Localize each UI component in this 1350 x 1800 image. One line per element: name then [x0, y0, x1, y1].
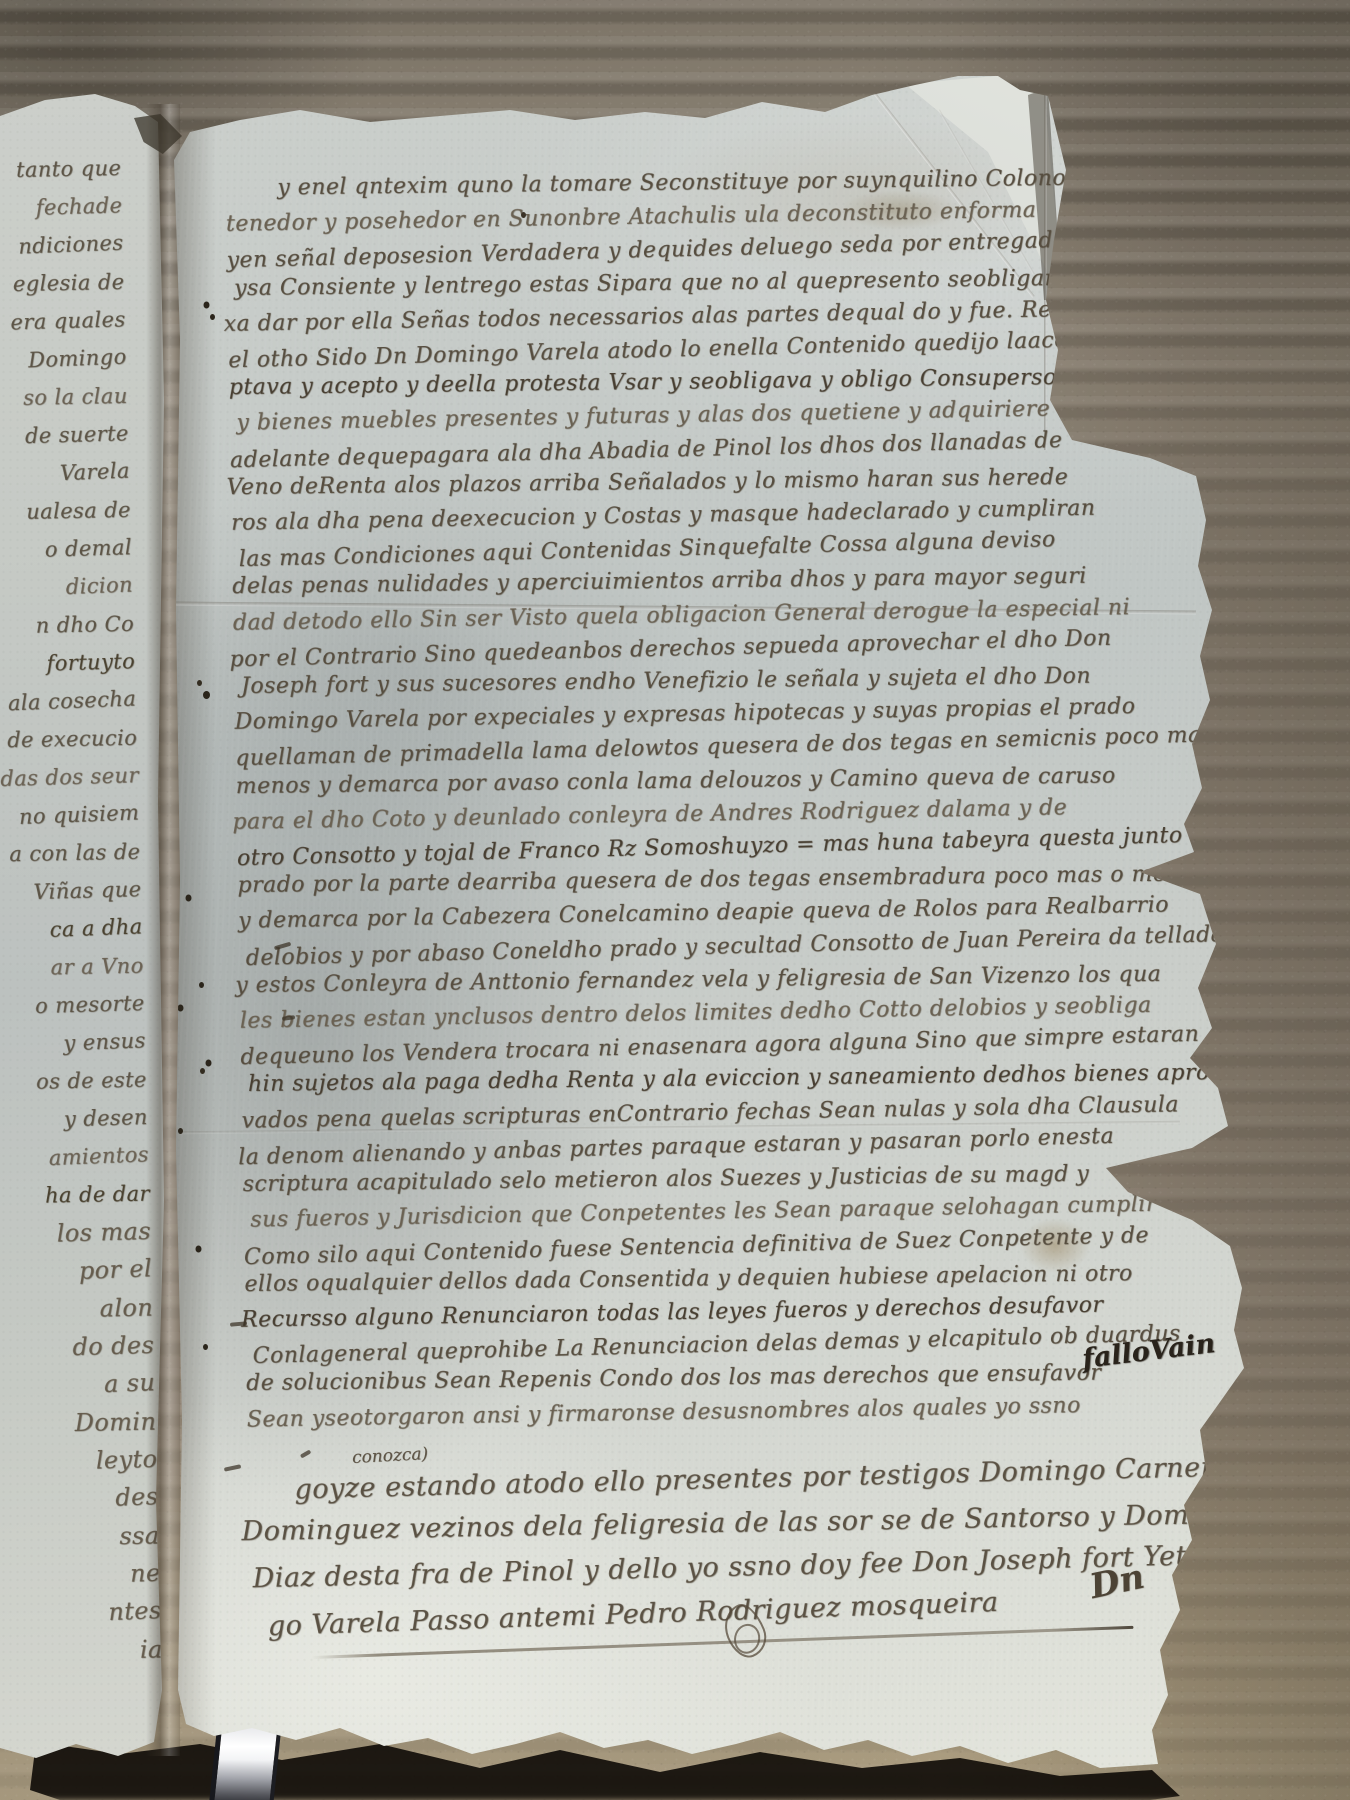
left-page-line-fragment: ssa — [21, 1516, 160, 1557]
left-page-text-block: tanto quefechadendicioneseglesia deera q… — [0, 148, 163, 1671]
photo-scene: tanto quefechadendicioneseglesia deera q… — [0, 0, 1350, 1800]
left-page-line-fragment: Varela — [0, 452, 130, 495]
closing-text-block: goyze estando atodo ello presentes por t… — [236, 1446, 1200, 1645]
left-page-line-fragment: eglesia de — [0, 263, 125, 304]
left-page-line-fragment: a su — [17, 1363, 156, 1406]
left-page-line-fragment: do des — [16, 1326, 155, 1368]
left-page-line-fragment: fechade — [0, 186, 123, 228]
left-page-line-fragment: ne — [22, 1554, 161, 1596]
left-page-line-fragment: no quisiem — [1, 793, 140, 836]
left-page-line-fragment: era quales — [0, 300, 126, 342]
left-page-line-fragment: so la clau — [0, 377, 128, 418]
left-page-line-fragment: y desen — [9, 1098, 148, 1140]
left-page-line-fragment: des — [20, 1477, 159, 1520]
left-page-line-fragment: y ensus — [7, 1021, 146, 1064]
left-page-line-fragment: os de este — [8, 1061, 147, 1102]
binding-gutter — [146, 104, 180, 1756]
left-page-line-fragment: ala cosecha — [0, 679, 137, 722]
left-page-line-fragment: ia — [24, 1630, 163, 1671]
left-page-line-fragment: amientos — [10, 1135, 149, 1178]
left-page-line-fragment: ualesa de — [0, 491, 131, 532]
left-page-line-fragment: n dho Co — [0, 605, 134, 646]
left-page-line-fragment: ar a Vno — [5, 947, 144, 988]
left-page-line-fragment: o mesorte — [6, 984, 145, 1026]
left-page-line-fragment: ntes — [23, 1591, 162, 1634]
left-page-line-fragment: a con las de — [2, 833, 141, 874]
left-page-line-fragment: de execucio — [0, 719, 138, 760]
left-page-line-fragment: tanto que — [0, 149, 122, 190]
left-page-line-fragment: Viñas que — [3, 870, 142, 912]
left-page-line-fragment: leyto — [19, 1440, 158, 1482]
left-page-line-fragment: los mas — [13, 1212, 152, 1254]
left-page-line-fragment: das dos seur — [0, 756, 139, 798]
left-page-line-fragment: fortuyto — [0, 642, 136, 684]
notary-rubric-flourish — [722, 1602, 767, 1661]
left-page-line-fragment: ndiciones — [0, 224, 124, 267]
left-page-line-fragment: alon — [15, 1289, 154, 1330]
left-page-line-fragment: ha de dar — [12, 1175, 151, 1216]
left-page-line-fragment: Domingo — [0, 338, 127, 381]
left-page-line-fragment: Domin — [18, 1402, 157, 1443]
left-page-line-fragment: o demal — [0, 528, 132, 570]
left-page-line-fragment: de suerte — [0, 414, 129, 456]
left-page-line-fragment: dicion — [0, 565, 134, 608]
left-page-line-fragment: por el — [13, 1249, 152, 1292]
left-page-line-fragment: ca a dha — [4, 907, 143, 950]
